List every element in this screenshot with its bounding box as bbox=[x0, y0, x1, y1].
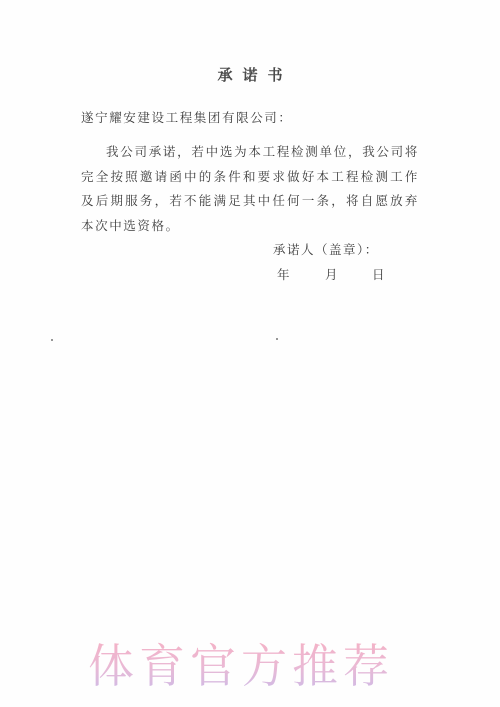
watermark-text: 体育官方推荐 bbox=[88, 638, 394, 694]
date-month-label: 月 bbox=[325, 265, 338, 283]
document-page: 承诺书 遂宁耀安建设工程集团有限公司： 我公司承诺，若中选为本工程检测单位，我公… bbox=[0, 0, 500, 707]
scan-artifact-dot bbox=[51, 339, 53, 341]
document-title: 承诺书 bbox=[0, 64, 500, 85]
date-day-label: 日 bbox=[372, 265, 385, 283]
commitment-paragraph: 我公司承诺，若中选为本工程检测单位，我公司将完全按照邀请函中的条件和要求做好本工… bbox=[81, 140, 419, 238]
date-year-label: 年 bbox=[277, 265, 290, 283]
scan-artifact-dot bbox=[276, 338, 278, 340]
signature-label: 承诺人（盖章）： bbox=[273, 240, 379, 258]
addressee-line: 遂宁耀安建设工程集团有限公司： bbox=[81, 108, 293, 126]
